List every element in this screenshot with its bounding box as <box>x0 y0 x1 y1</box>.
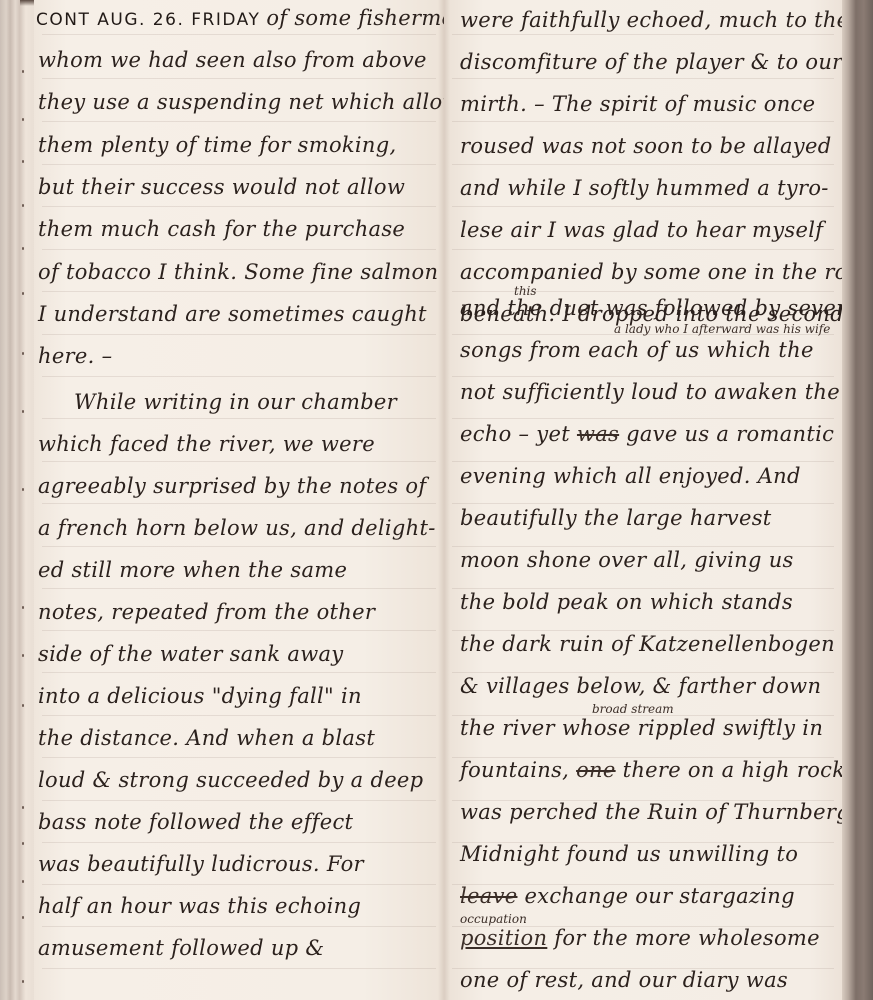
struck-word: was <box>577 422 619 446</box>
journal-line: the river whose rippled swiftly in <box>460 716 823 740</box>
journal-line: not sufficiently loud to awaken the <box>460 380 840 404</box>
binding-stitch <box>22 160 24 163</box>
binding-stitch <box>22 410 24 413</box>
left-page-lower <box>34 0 444 1000</box>
binding-stitch <box>22 654 24 657</box>
binding-stitch <box>22 488 24 491</box>
binding-stitch <box>22 980 24 983</box>
journal-line: and the duet was followed by several <box>460 296 866 320</box>
struck-word: one <box>576 758 616 782</box>
book-binding <box>0 0 34 1000</box>
binding-stitch <box>22 842 24 845</box>
journal-line: fountains, one there on a high rock <box>460 758 845 782</box>
journal-line: the dark ruin of Katzenellenbogen <box>460 632 835 656</box>
binding-stitch <box>22 916 24 919</box>
journal-line: & villages below, & farther down <box>460 674 821 698</box>
journal-line: echo – yet was gave us a romantic <box>460 422 834 446</box>
interlinear-insert: a lady who I afterward was his wife <box>614 322 830 336</box>
right-page-lines: and the duet was followed by several a l… <box>444 0 842 1000</box>
binding-stitch <box>22 704 24 707</box>
journal-line: songs from each of us which the <box>460 338 814 362</box>
binding-stitch <box>22 118 24 121</box>
struck-word: position <box>460 926 547 950</box>
journal-line: moon shone over all, giving us <box>460 548 794 572</box>
binding-stitch <box>22 247 24 250</box>
journal-line: beautifully the large harvest <box>460 506 772 530</box>
binding-stitch <box>22 880 24 883</box>
binding-stitch <box>22 70 24 73</box>
journal-line: Midnight found us unwilling to <box>460 842 798 866</box>
journal-line: evening which all enjoyed. And <box>460 464 801 488</box>
struck-word: leave <box>460 884 517 908</box>
binding-stitch <box>22 352 24 355</box>
journal-spread: CONT AUG. 26. FRIDAYof some fishermen on… <box>0 0 873 1000</box>
interlinear-insert: occupation <box>460 912 527 926</box>
journal-line: one of rest, and our diary was <box>460 968 788 992</box>
binding-stitch <box>22 292 24 295</box>
binding-stitch <box>22 806 24 809</box>
journal-line: was perched the Ruin of Thurnberg. <box>460 800 857 824</box>
interlinear-insert: broad stream <box>592 702 674 716</box>
binding-stitch <box>22 606 24 609</box>
binding-stitch <box>22 204 24 207</box>
journal-line: position for the more wholesome <box>460 926 820 950</box>
page-gutter <box>438 0 450 1000</box>
page-edge-stack <box>842 0 873 1000</box>
journal-line: the bold peak on which stands <box>460 590 793 614</box>
journal-line: leave exchange our stargazing <box>460 884 795 908</box>
